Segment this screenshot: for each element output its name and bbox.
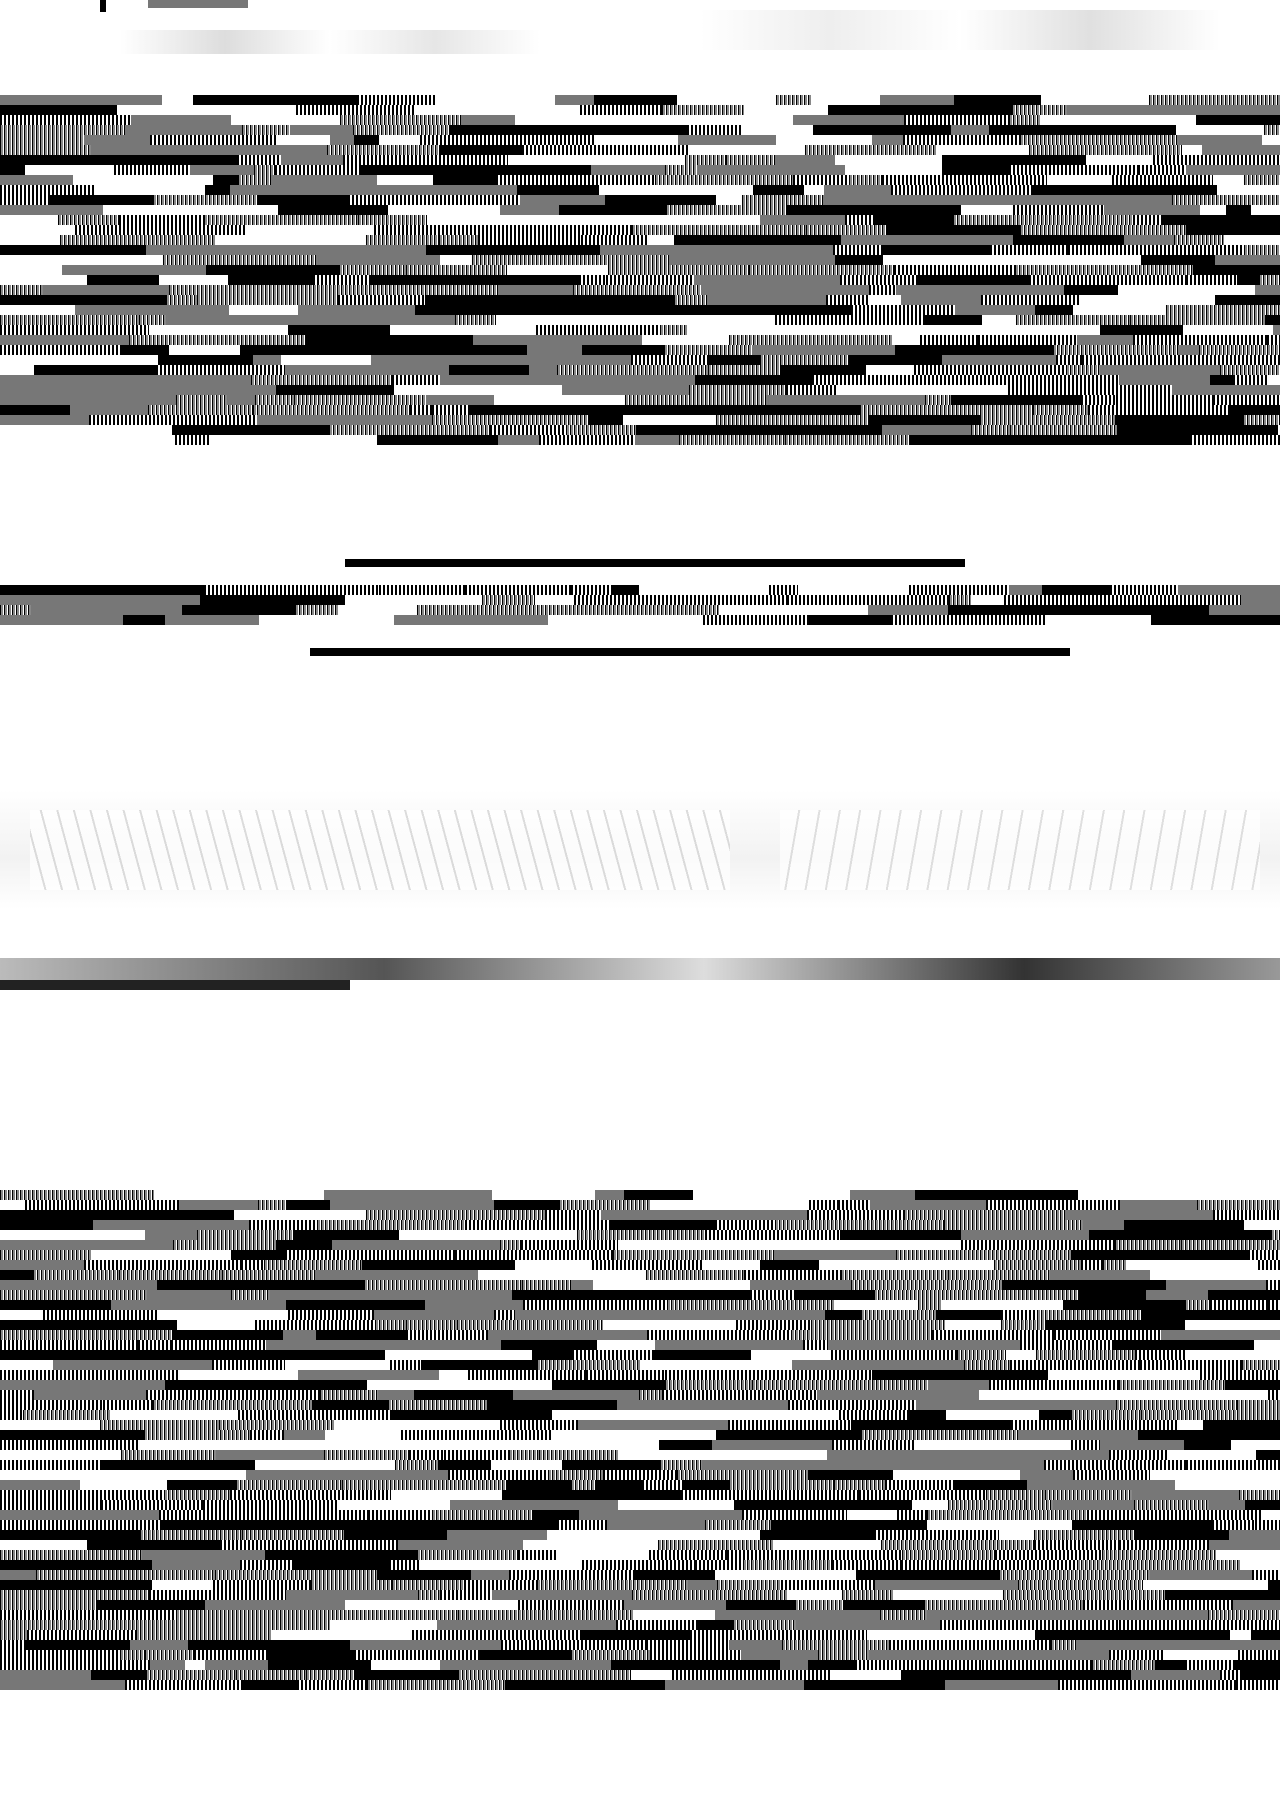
top-light-fragment (0, 0, 1280, 60)
glitched-screenshot: Corrupted / glitched screenshot with no … (0, 0, 1280, 1810)
gray-gradient-strip (0, 958, 1280, 980)
middle-sparse-lines (0, 445, 1280, 675)
bottom-blank (0, 1690, 1280, 1810)
lower-noise-block (0, 1190, 1280, 1690)
gray-gradient-strip-tail (0, 980, 1280, 990)
middle-image-fragment (0, 790, 1280, 960)
upper-noise-block (0, 95, 1280, 445)
